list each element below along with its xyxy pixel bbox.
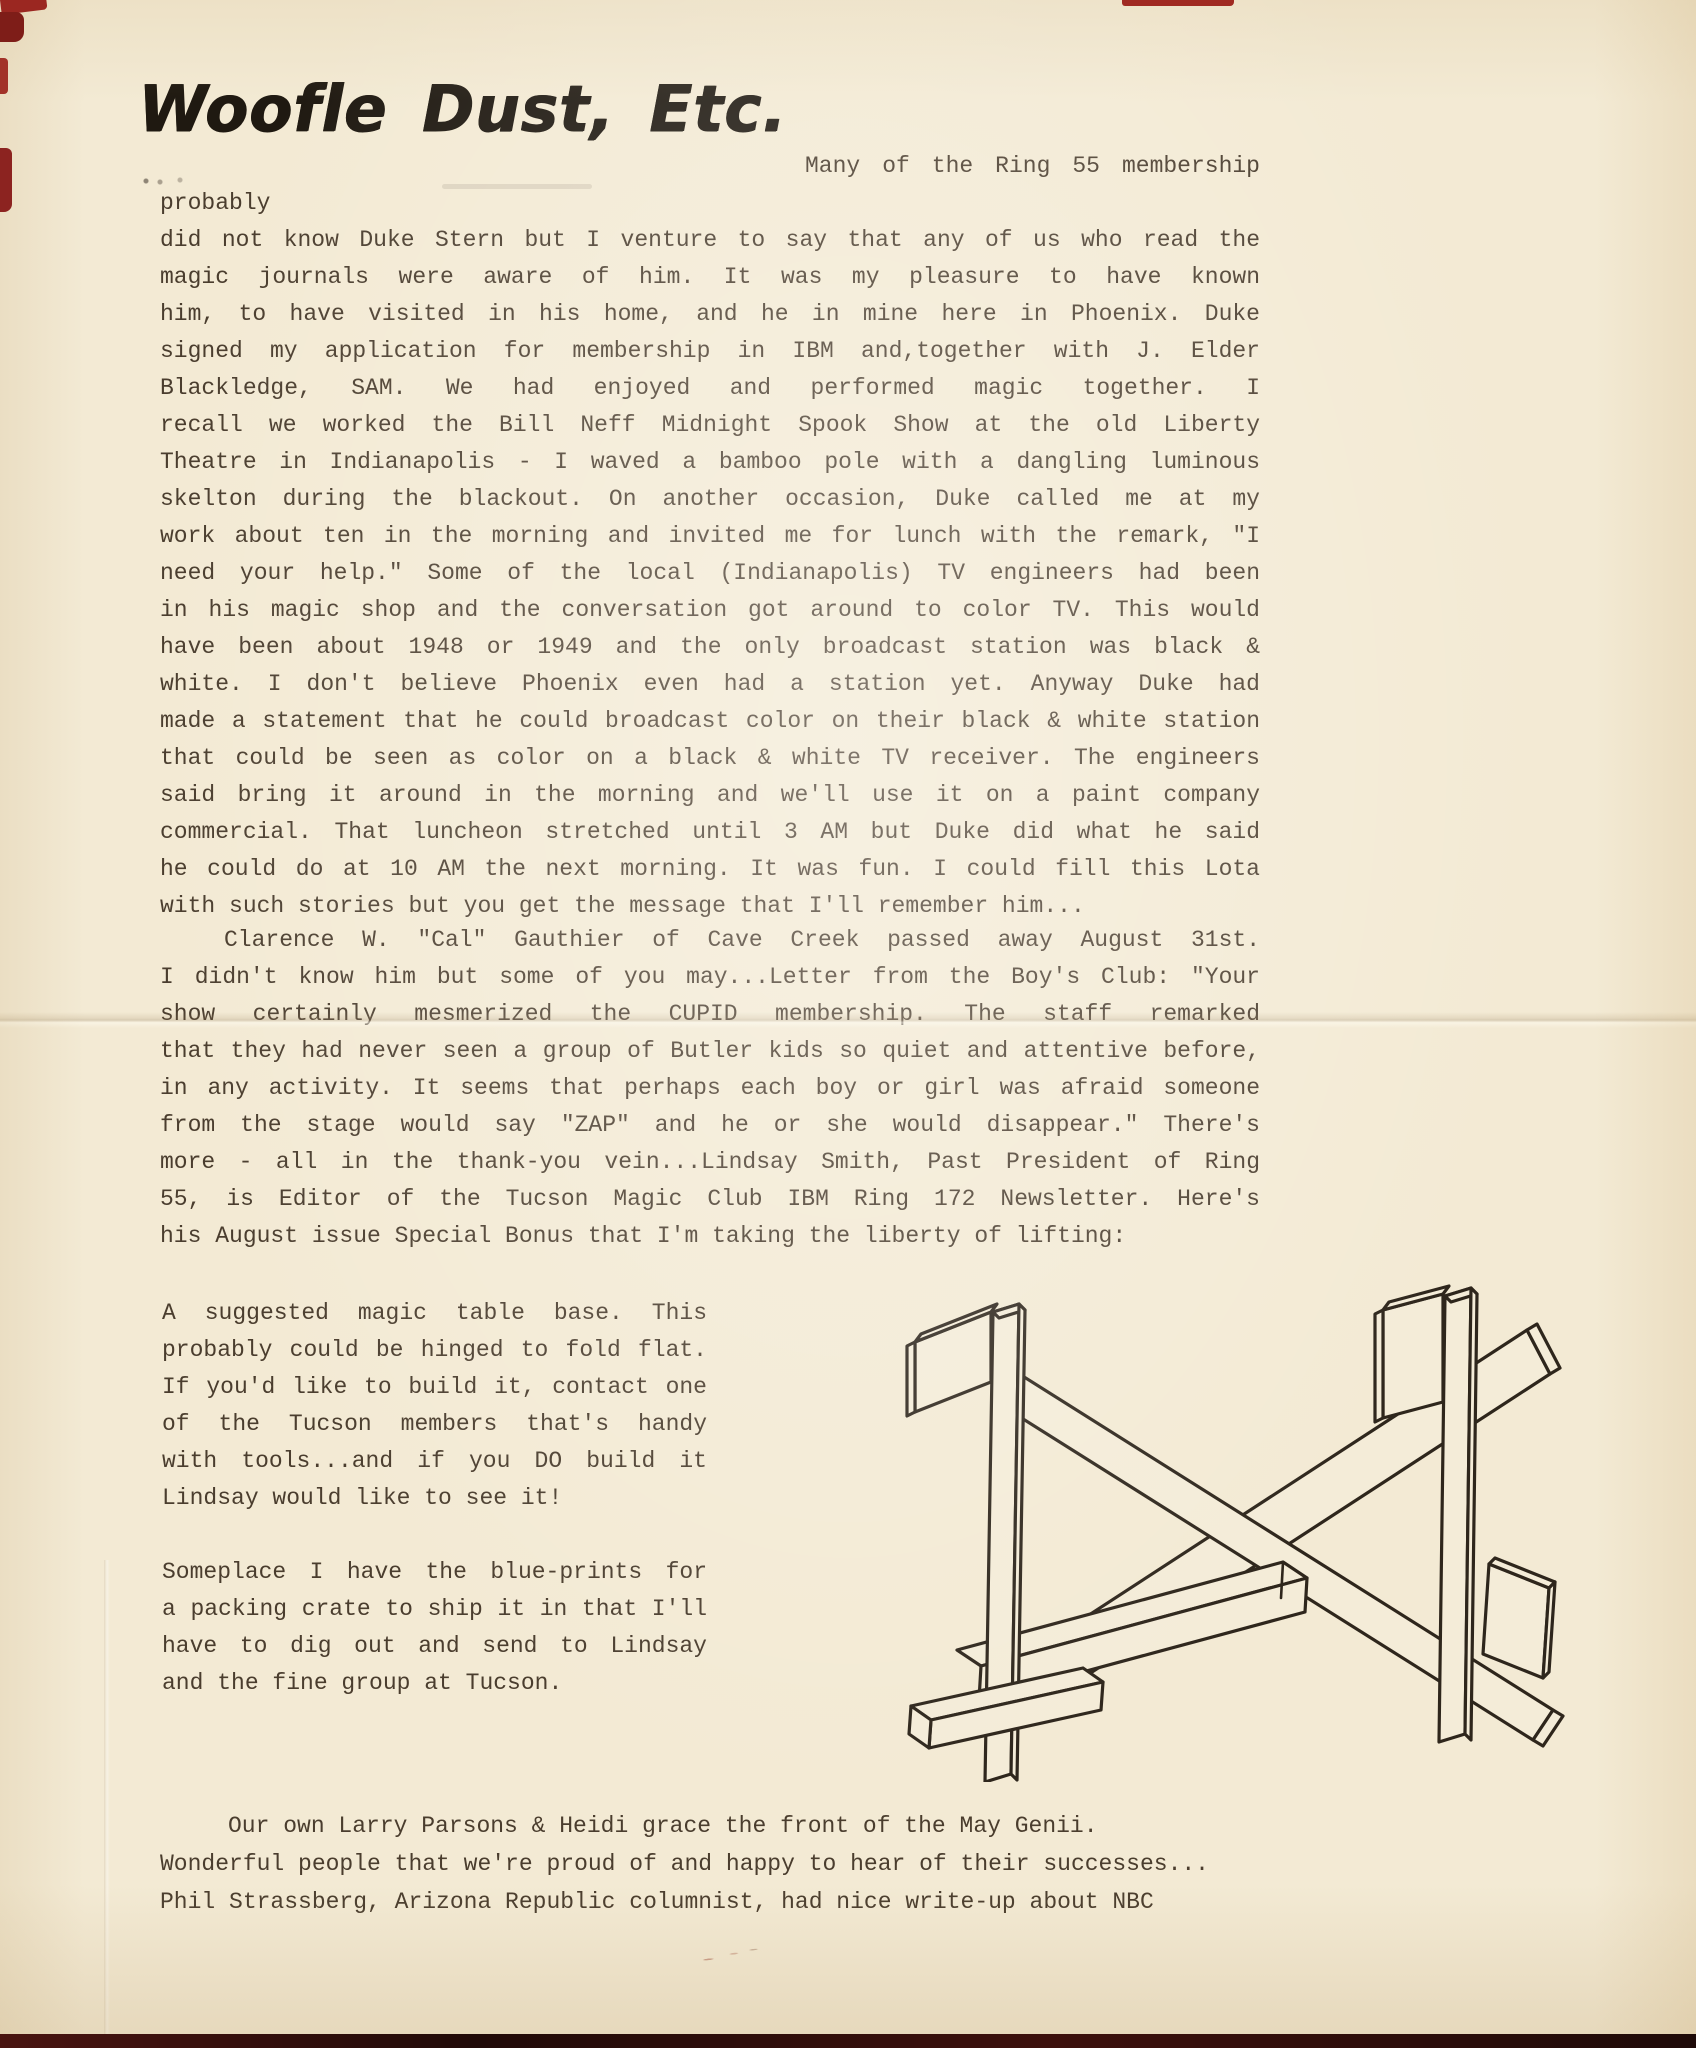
text-line: his August issue Special Bonus that I'm … [160, 1218, 1260, 1255]
paragraph-body: did not know Duke Stern but I venture to… [160, 222, 1260, 925]
paragraph-clarence-gauthier: Clarence W. "Cal" Gauthier of Cave Creek… [160, 922, 1260, 1255]
scan-edge-red-mark [0, 12, 24, 42]
text-line: Phil Strassberg, Arizona Republic column… [160, 1883, 1340, 1921]
text-line: made a statement that he could broadcast… [160, 703, 1260, 740]
text-line: white. I don't believe Phoenix even had … [160, 666, 1260, 703]
text-line: If you'd like to build it, contact one [162, 1369, 707, 1406]
paragraph-table-base: A suggested magic table base. Thisprobab… [162, 1295, 707, 1517]
ink-smudge-footer [695, 1944, 766, 1965]
scan-edge-red-mark [1122, 0, 1234, 6]
text-line: with such stories but you get the messag… [160, 888, 1260, 925]
text-line: with tools...and if you DO build it [162, 1443, 707, 1480]
text-line: did not know Duke Stern but I venture to… [160, 222, 1260, 259]
text-line: commercial. That luncheon stretched unti… [160, 814, 1260, 851]
text-line: Many of the Ring 55 membership probably [160, 148, 1260, 222]
magic-table-base-figure [905, 1282, 1565, 1782]
text-line: said bring it around in the morning and … [160, 777, 1260, 814]
paragraph-blueprints: Someplace I have the blue-prints fora pa… [162, 1554, 707, 1702]
text-line: he could do at 10 AM the next morning. I… [160, 851, 1260, 888]
text-line: probably could be hinged to fold flat. [162, 1332, 707, 1369]
text-line: show certainly mesmerized the CUPID memb… [160, 996, 1260, 1033]
scan-edge-red-mark [0, 148, 12, 212]
text-line: more - all in the thank-you vein...Linds… [160, 1144, 1260, 1181]
text-line: Our own Larry Parsons & Heidi grace the … [160, 1807, 1340, 1845]
text-line: Theatre in Indianapolis - I waved a bamb… [160, 444, 1260, 481]
text-line: that they had never seen a group of Butl… [160, 1033, 1260, 1070]
scan-edge-red-mark [0, 58, 8, 94]
text-line: work about ten in the morning and invite… [160, 518, 1260, 555]
text-line: I didn't know him but some of you may...… [160, 959, 1260, 996]
text-line: need your help." Some of the local (Indi… [160, 555, 1260, 592]
text-line: have to dig out and send to Lindsay [162, 1628, 707, 1665]
text-line: Lindsay would like to see it! [162, 1480, 707, 1517]
text-line: in any activity. It seems that perhaps e… [160, 1070, 1260, 1107]
text-line: Blackledge, SAM. We had enjoyed and perf… [160, 370, 1260, 407]
text-line: Someplace I have the blue-prints for [162, 1554, 707, 1591]
text-line: 55, is Editor of the Tucson Magic Club I… [160, 1181, 1260, 1218]
paragraph-larry-parsons: Our own Larry Parsons & Heidi grace the … [160, 1807, 1340, 1921]
text-line: recall we worked the Bill Neff Midnight … [160, 407, 1260, 444]
text-line: Wonderful people that we're proud of and… [160, 1845, 1340, 1883]
page-title: Woofle Dust, Etc. [138, 78, 787, 142]
paragraph-woofle-dust: Many of the Ring 55 membership probably … [160, 148, 1260, 925]
text-line: from the stage would say "ZAP" and he or… [160, 1107, 1260, 1144]
text-line: magic journals were aware of him. It was… [160, 259, 1260, 296]
text-line: him, to have visited in his home, and he… [160, 296, 1260, 333]
text-line: have been about 1948 or 1949 and the onl… [160, 629, 1260, 666]
paper-crease-vertical [104, 1560, 110, 2048]
text-line: skelton during the blackout. On another … [160, 481, 1260, 518]
text-line: and the fine group at Tucson. [162, 1665, 707, 1702]
text-line: a packing crate to ship it in that I'll [162, 1591, 707, 1628]
text-line: Clarence W. "Cal" Gauthier of Cave Creek… [160, 922, 1260, 959]
text-line: signed my application for membership in … [160, 333, 1260, 370]
text-line: A suggested magic table base. This [162, 1295, 707, 1332]
newsletter-page: Woofle Dust, Etc. Many of the Ring 55 me… [0, 0, 1696, 2048]
table-base-drawing-icon [905, 1282, 1565, 1782]
scan-bottom-edge-strip [0, 2034, 1696, 2048]
text-line: that could be seen as color on a black &… [160, 740, 1260, 777]
text-line: of the Tucson members that's handy [162, 1406, 707, 1443]
text-line: in his magic shop and the conversation g… [160, 592, 1260, 629]
